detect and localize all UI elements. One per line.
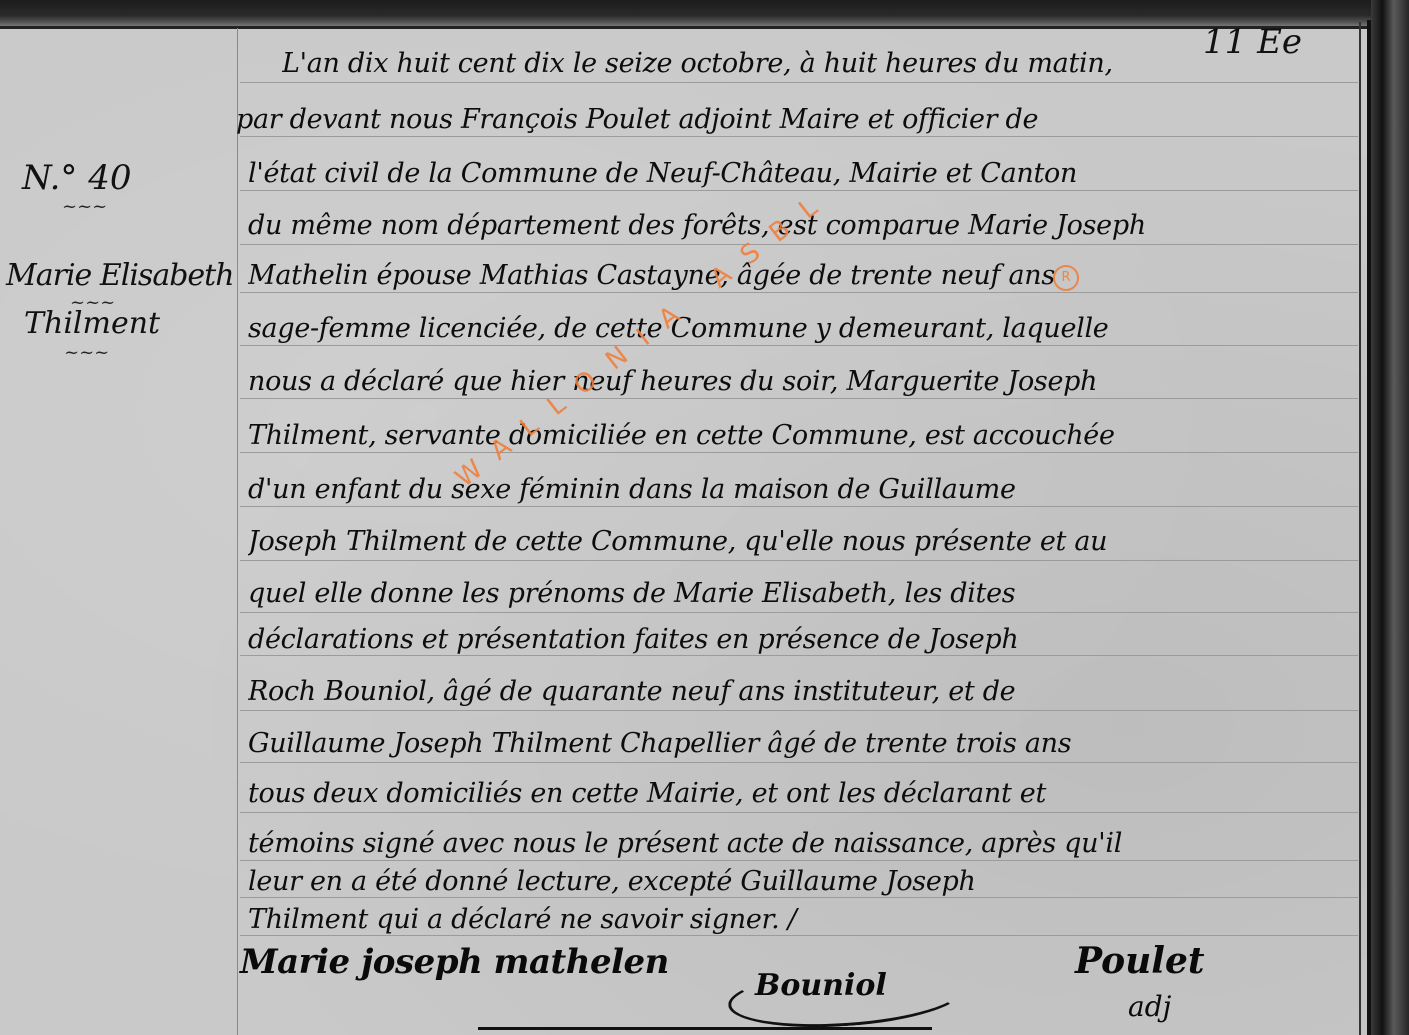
ruled-line: [240, 506, 1358, 507]
text-line-13: Roch Bouniol, âgé de quarante neuf ans i…: [248, 676, 1356, 707]
margin-child-first-names: Marie Elisabeth: [6, 258, 234, 293]
ruled-line: [240, 935, 1358, 936]
text-line-15: tous deux domiciliés en cette Mairie, et…: [248, 778, 1356, 809]
ruled-line: [240, 655, 1358, 656]
left-margin-rule: [237, 28, 238, 1035]
text-line-18: Thilment qui a déclaré ne savoir signer.…: [248, 904, 1356, 935]
text-line-14: Guillaume Joseph Thilment Chapellier âgé…: [248, 728, 1356, 759]
ruled-line: [240, 136, 1358, 137]
record-number: N.° 40: [22, 158, 131, 198]
ruled-line: [240, 560, 1358, 561]
signature-witness: Bouniol: [755, 968, 887, 1003]
text-line-11: quel elle donne les prénoms de Marie Eli…: [248, 578, 1356, 609]
top-binding-shadow: [0, 0, 1409, 28]
ruled-line: [240, 897, 1358, 898]
top-border-rule: [0, 26, 1380, 29]
signature-officer: Poulet: [1075, 940, 1205, 982]
ruled-line: [240, 82, 1358, 83]
text-line-9: d'un enfant du sexe féminin dans la mais…: [248, 474, 1356, 505]
text-line-6: sage-femme licenciée, de cette Commune y…: [248, 313, 1356, 344]
ruled-line: [240, 860, 1358, 861]
ruled-line: [240, 452, 1358, 453]
text-line-16: témoins signé avec nous le présent acte …: [248, 828, 1356, 859]
margin-child-surname: Thilment: [24, 306, 160, 341]
text-line-12: déclarations et présentation faites en p…: [248, 624, 1356, 655]
text-line-2: par devant nous François Poulet adjoint …: [236, 104, 1344, 135]
signature-declarant: Marie joseph mathelen: [240, 942, 669, 982]
ruled-line: [240, 710, 1358, 711]
ruled-line: [240, 762, 1358, 763]
text-line-5: Mathelin épouse Mathias Castayne, âgée d…: [248, 260, 1356, 291]
ruled-line: [240, 244, 1358, 245]
text-line-10: Joseph Thilment de cette Commune, qu'ell…: [248, 526, 1356, 557]
right-page-edge: [1371, 0, 1409, 1035]
text-line-1: L'an dix huit cent dix le seize octobre,…: [282, 48, 1390, 79]
text-line-8: Thilment, servante domiciliée en cette C…: [248, 420, 1356, 451]
ruled-line: [240, 190, 1358, 191]
bottom-rule: [478, 1027, 932, 1030]
text-line-3: l'état civil de la Commune de Neuf-Châte…: [248, 158, 1356, 189]
ruled-line: [240, 292, 1358, 293]
ruled-line: [240, 612, 1358, 613]
document-scan: 11 Ee N.° 40 ~~~ Marie Elisabeth ~~~ Thi…: [0, 0, 1409, 1035]
flourish-decoration: ~~~: [64, 342, 109, 363]
ruled-line: [240, 345, 1358, 346]
ruled-line: [240, 812, 1358, 813]
flourish-decoration: ~~~: [62, 196, 107, 217]
text-line-17: leur en a été donné lecture, excepté Gui…: [248, 866, 1356, 897]
ruled-line: [240, 398, 1358, 399]
right-frame-inner-rule: [1359, 22, 1361, 1035]
text-line-7: nous a déclaré que hier neuf heures du s…: [248, 366, 1356, 397]
registered-mark-icon: R: [1053, 265, 1079, 291]
signature-officer-suffix: adj: [1128, 990, 1171, 1023]
